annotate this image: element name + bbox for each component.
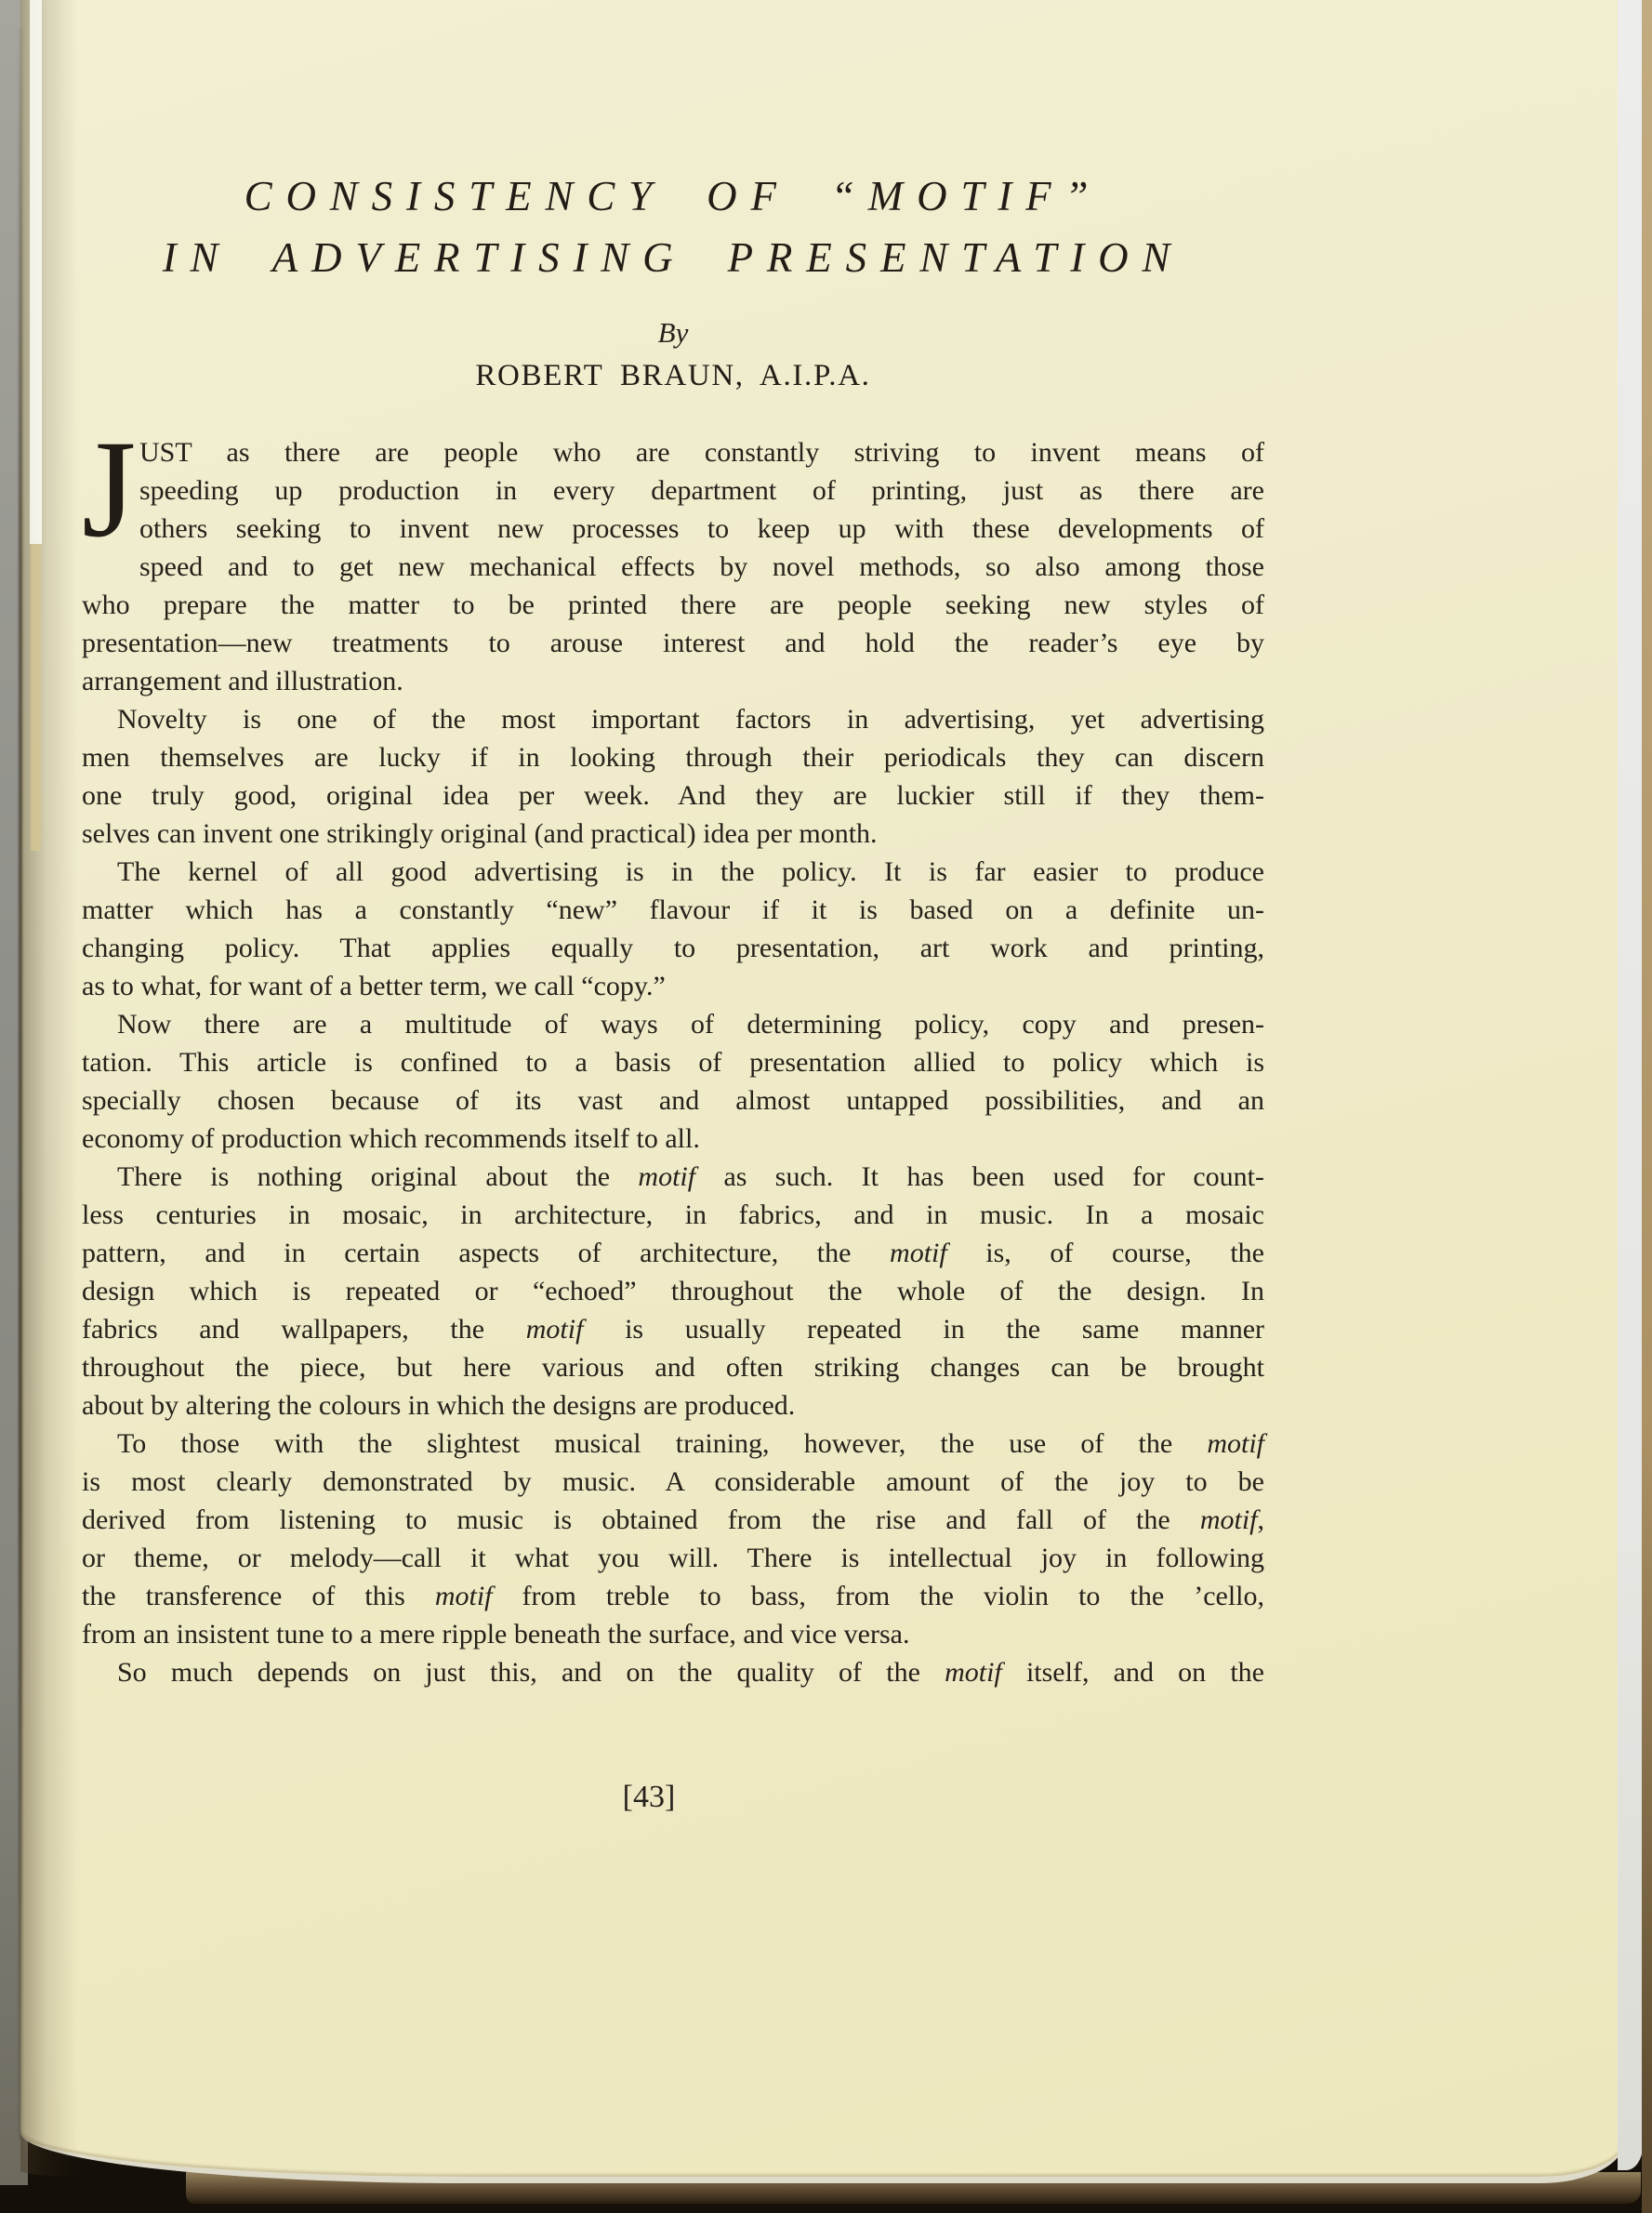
text-line: economy of production which recommends i…: [82, 1120, 1264, 1158]
paragraph: Novelty is one of the most important fac…: [82, 700, 1264, 853]
paragraph: JUST as there are people who are constan…: [82, 433, 1264, 700]
text-line: the transference of this motif from treb…: [82, 1577, 1264, 1615]
text-line: about by altering the colours in which t…: [82, 1386, 1264, 1425]
page-edge-right-tan: [1642, 0, 1652, 2213]
author-name: ROBERT BRAUN, A.I.P.A.: [82, 359, 1264, 393]
text-line: who prepare the matter to be printed the…: [82, 586, 1264, 624]
text-line: arrangement and illustration.: [82, 662, 1264, 700]
text-line: Novelty is one of the most important fac…: [82, 700, 1264, 738]
text-line: derived from listening to music is obtai…: [82, 1501, 1264, 1539]
paragraph: So much depends on just this, and on the…: [82, 1653, 1264, 1691]
text-line: There is nothing original about the moti…: [82, 1158, 1264, 1196]
text-line: Now there are a multitude of ways of det…: [82, 1005, 1264, 1043]
text-line: matter which has a constantly “new” flav…: [82, 891, 1264, 929]
text-line: others seeking to invent new processes t…: [82, 510, 1264, 548]
text-line: pattern, and in certain aspects of archi…: [82, 1234, 1264, 1272]
page-edge-right-white: [1618, 0, 1643, 2170]
text-line: changing policy. That applies equally to…: [82, 929, 1264, 967]
text-line: presentation—new treatments to arouse in…: [82, 624, 1264, 662]
text-line: speeding up production in every departme…: [82, 471, 1264, 510]
page-number: [43]: [82, 1780, 1216, 1815]
text-line: So much depends on just this, and on the…: [82, 1653, 1264, 1691]
page-edge-left-tan: [31, 544, 41, 851]
text-line: one truly good, original idea per week. …: [82, 776, 1264, 815]
text-line: men themselves are lucky if in looking t…: [82, 738, 1264, 776]
article-header: CONSISTENCY OF “MOTIF” IN ADVERTISING PR…: [82, 173, 1264, 393]
binding-crease: [19, 28, 22, 2139]
text-line: To those with the slightest musical trai…: [82, 1425, 1264, 1463]
article-body: JUST as there are people who are constan…: [82, 433, 1264, 1691]
text-line: speed and to get new mechanical effects …: [82, 548, 1264, 586]
byline-prefix: By: [82, 316, 1264, 350]
text-line: or theme, or melody—call it what you wil…: [82, 1539, 1264, 1577]
scanned-book-page: { "page": { "title_line1": "CONSISTENCY …: [0, 0, 1652, 2213]
text-line: design which is repeated or “echoed” thr…: [82, 1272, 1264, 1310]
drop-cap: J: [82, 437, 130, 550]
text-line: The kernel of all good advertising is in…: [82, 853, 1264, 891]
paragraph: The kernel of all good advertising is in…: [82, 853, 1264, 1005]
text-line: throughout the piece, but here various a…: [82, 1348, 1264, 1386]
text-line: tation. This article is confined to a ba…: [82, 1043, 1264, 1081]
text-line: as to what, for want of a better term, w…: [82, 967, 1264, 1005]
text-line: is most clearly demonstrated by music. A…: [82, 1463, 1264, 1501]
text-line: UST as there are people who are constant…: [82, 433, 1264, 471]
paragraph: There is nothing original about the moti…: [82, 1158, 1264, 1425]
text-line: fabrics and wallpapers, the motif is usu…: [82, 1310, 1264, 1348]
text-line: specially chosen because of its vast and…: [82, 1081, 1264, 1120]
text-line: from an insistent tune to a mere ripple …: [82, 1615, 1264, 1653]
article-title-line2: IN ADVERTISING PRESENTATION: [82, 234, 1264, 281]
text-line: less centuries in mosaic, in architectur…: [82, 1196, 1264, 1234]
paragraph: To those with the slightest musical trai…: [82, 1425, 1264, 1653]
article-title-line1: CONSISTENCY OF “MOTIF”: [82, 173, 1264, 219]
text-line: selves can invent one strikingly origina…: [82, 815, 1264, 853]
page-edge-left-white: [30, 0, 42, 544]
paragraph: Now there are a multitude of ways of det…: [82, 1005, 1264, 1158]
